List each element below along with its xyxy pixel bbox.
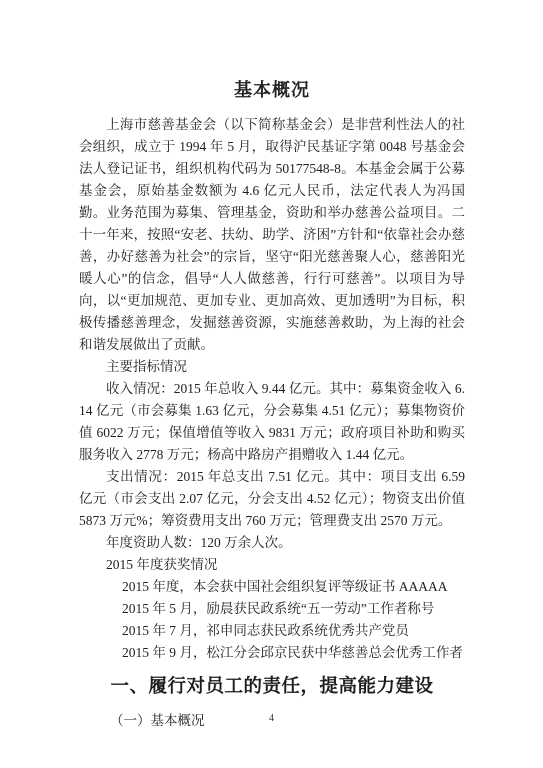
document-page: 基本概况 上海市慈善基金会（以下简称基金会）是非营利性法人的社会组织，成立于 1… xyxy=(0,0,543,768)
income-paragraph: 收入情况：2015 年总收入 9.44 亿元。其中：募集资金收入 6.14 亿元… xyxy=(79,378,465,466)
award-item: 2015 年度，本会获中国社会组织复评等级证书 AAAAA xyxy=(79,576,465,598)
key-indicators-label: 主要指标情况 xyxy=(79,356,465,378)
intro-paragraph: 上海市慈善基金会（以下简称基金会）是非营利性法人的社会组织，成立于 1994 年… xyxy=(79,114,465,356)
award-item: 2015 年 9 月，松江分会邱京民获中华慈善总会优秀工作者 xyxy=(79,642,465,664)
award-item: 2015 年 7 月，祁申同志获民政系统优秀共产党员 xyxy=(79,620,465,642)
awards-list: 2015 年度，本会获中国社会组织复评等级证书 AAAAA 2015 年 5 月… xyxy=(79,576,465,664)
beneficiaries-line: 年度资助人数：120 万余人次。 xyxy=(79,532,465,554)
page-title: 基本概况 xyxy=(79,78,465,102)
awards-section-label: 2015 年度获奖情况 xyxy=(79,554,465,576)
document-content: 基本概况 上海市慈善基金会（以下简称基金会）是非营利性法人的社会组织，成立于 1… xyxy=(79,78,465,732)
expenditure-paragraph: 支出情况：2015 年总支出 7.51 亿元。其中：项目支出 6.59 亿元（市… xyxy=(79,466,465,532)
section-heading: 一、履行对员工的责任，提高能力建设 xyxy=(79,673,465,699)
page-number: 4 xyxy=(0,713,543,724)
award-item: 2015 年 5 月，励晨获民政系统“五一劳动”工作者称号 xyxy=(79,598,465,620)
